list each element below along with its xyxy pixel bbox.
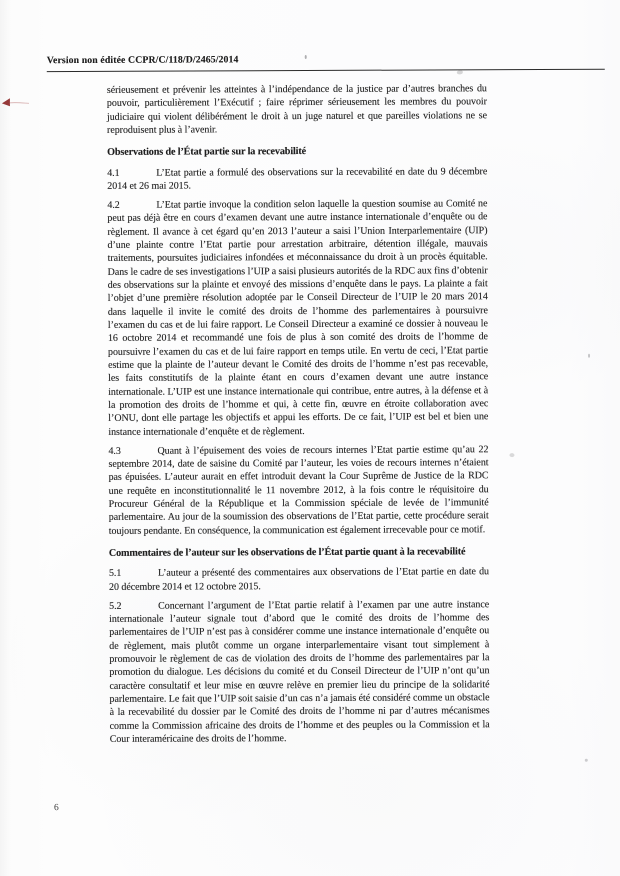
page-number: 6 — [54, 803, 59, 813]
paragraph-number: 5.1 — [109, 567, 158, 581]
header-rule-divider — [47, 69, 605, 73]
body-text-column: sérieusement et prévenir les atteintes à… — [107, 82, 490, 751]
section-heading-commentaires: Commentaires de l’auteur sur les observa… — [109, 545, 489, 560]
scan-speckle — [588, 354, 590, 358]
paragraph-text: L’Etat partie a formulé des observations… — [107, 166, 487, 192]
document-header: Version non éditée CCPR/C/118/D/2465/201… — [47, 54, 239, 66]
paragraph-number: 4.3 — [108, 444, 157, 458]
paragraph-text: L’Etat partie invoque la condition selon… — [107, 198, 488, 437]
paragraph-4-1: 4.1L’Etat partie a formulé des observati… — [107, 165, 487, 193]
paragraph-text: L’auteur a présenté des commentaires aux… — [109, 567, 489, 593]
paragraph-number: 5.2 — [109, 599, 158, 613]
paragraph-4-3: 4.3Quant à l’épuisement des voies de rec… — [108, 443, 488, 538]
scan-speckle — [509, 453, 514, 457]
red-pen-mark — [2, 97, 32, 109]
scanned-document-page: Version non éditée CCPR/C/118/D/2465/201… — [0, 0, 620, 876]
paragraph-number: 4.2 — [107, 199, 156, 213]
paragraph-4-2: 4.2L’Etat partie invoque la condition se… — [107, 197, 488, 439]
paragraph-5-2: 5.2Concernant l’argument de l’Etat parti… — [109, 598, 490, 746]
paragraph-5-1: 5.1L’auteur a présenté des commentaires … — [109, 566, 489, 594]
scan-speckle — [585, 759, 588, 762]
continuation-paragraph: sérieusement et prévenir les atteintes à… — [107, 82, 487, 137]
paragraph-number: 4.1 — [107, 166, 156, 180]
section-heading-observations: Observations de l’État partie sur la rec… — [107, 145, 487, 160]
scan-speckle — [305, 55, 307, 59]
paragraph-text: Quant à l’épuisement des voies de recour… — [108, 444, 488, 537]
scan-speckle — [457, 70, 463, 74]
paragraph-text: Concernant l’argument de l’Etat partie r… — [109, 599, 490, 745]
page-content: Version non éditée CCPR/C/118/D/2465/201… — [0, 0, 620, 876]
